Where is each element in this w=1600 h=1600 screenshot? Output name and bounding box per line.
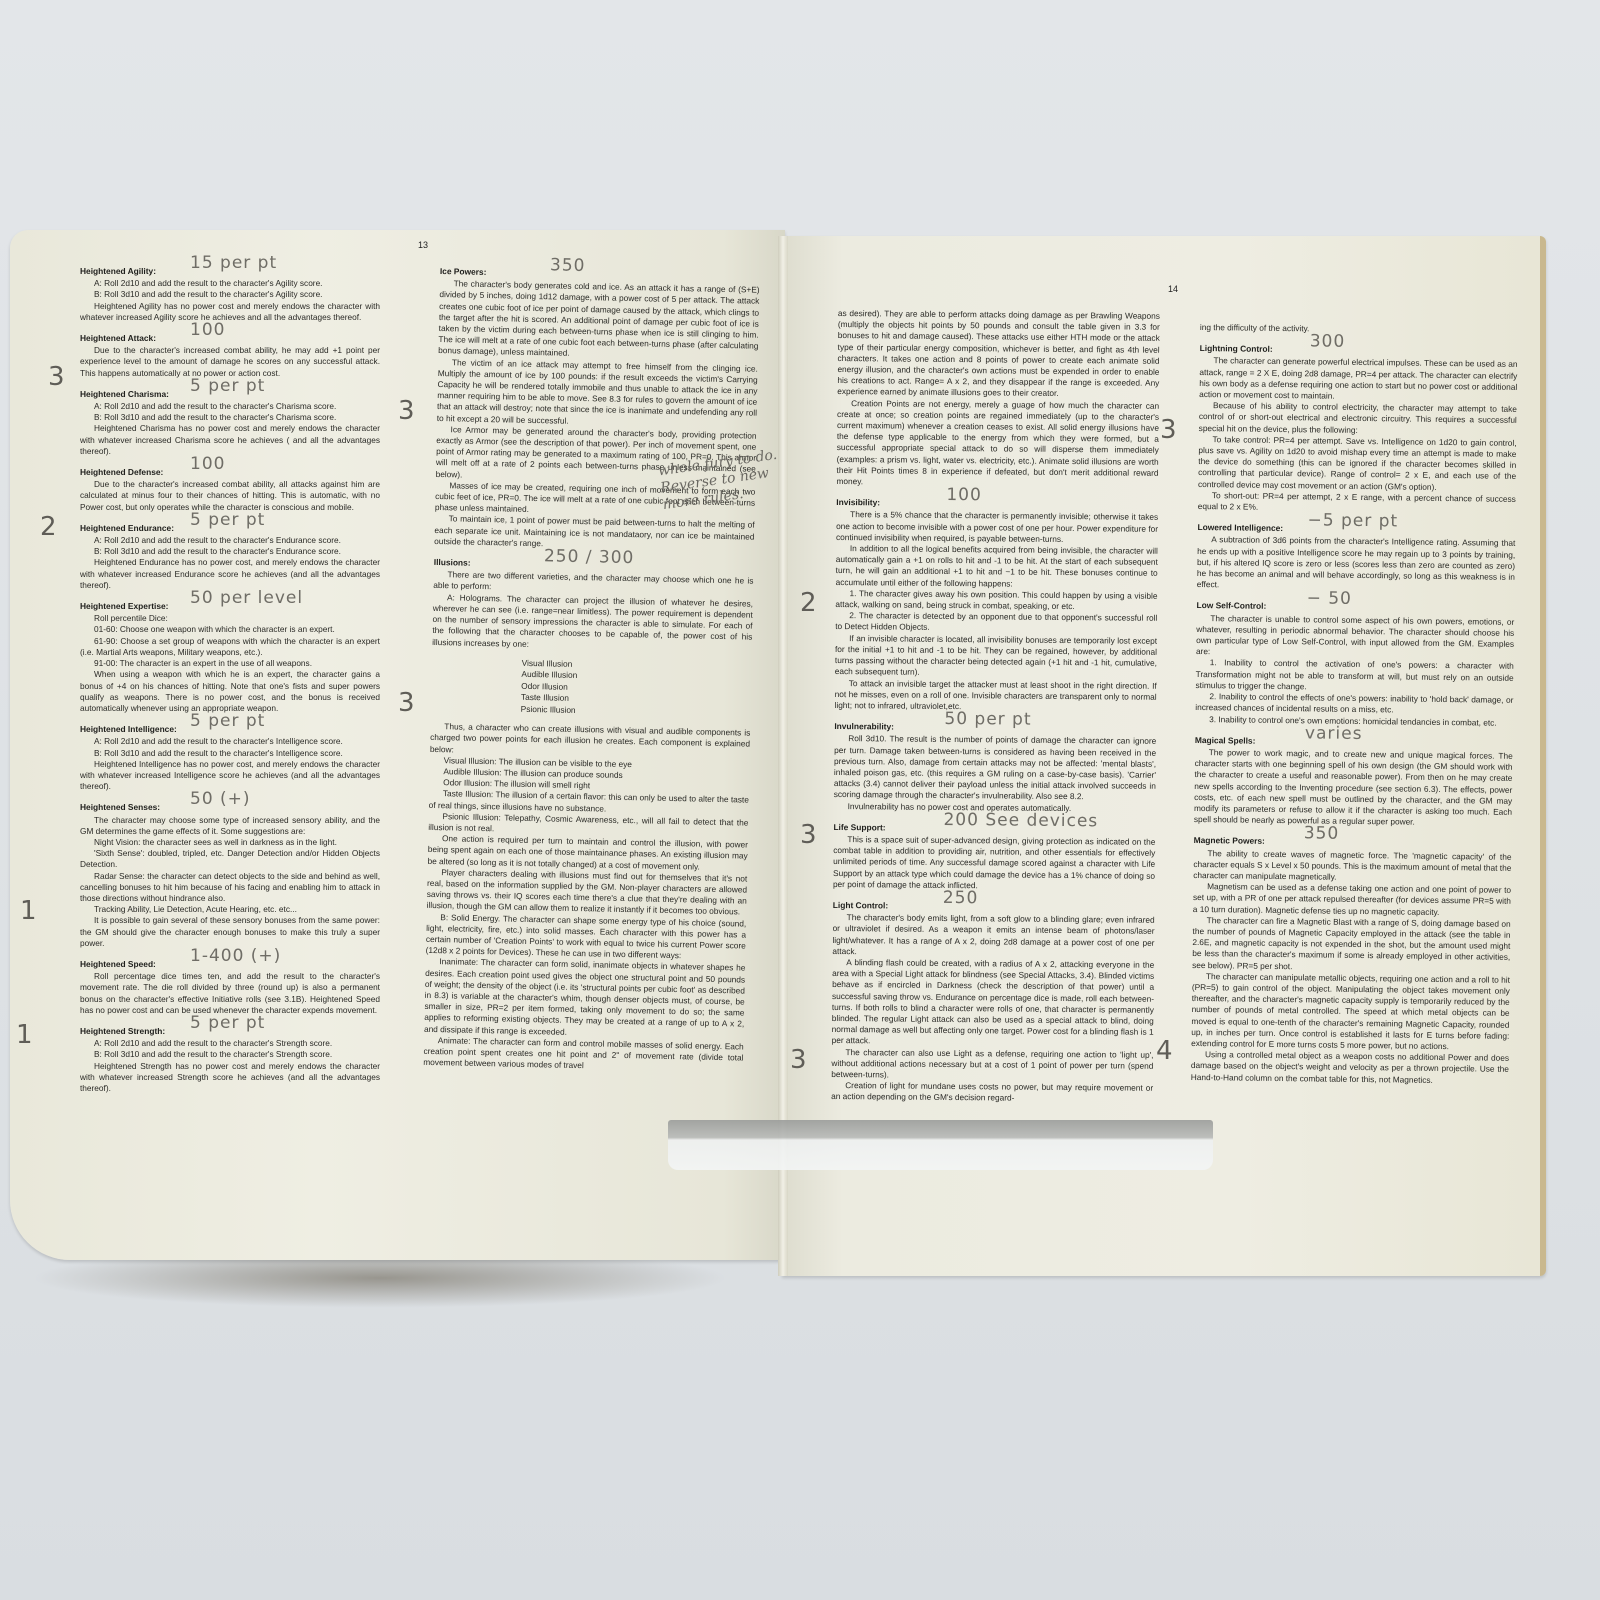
power-paragraph: 1. Inability to control the activation o… [1195,657,1513,694]
power-paragraph: To take control: PR=4 per attempt. Save … [1198,434,1517,494]
power-paragraph: A blinding flash could be created, with … [832,957,1155,1049]
acrylic-page-holder [668,1120,1213,1170]
power-title: Heightened Expertise:50 per level [80,601,380,612]
power-section: Heightened Agility:15 per ptA: Roll 2d10… [80,266,380,323]
power-title: Heightened Charisma:5 per pt [80,389,380,400]
margin-number: 3 [398,396,415,426]
power-paragraph: Heightened Strength has no power cost an… [80,1061,380,1095]
margin-number: 2 [40,512,57,542]
power-section: Invulnerability:50 per ptRoll 3d10. The … [834,721,1157,814]
power-title-text: Life Support: [833,822,885,832]
handwritten-cost-annotation: 50 per pt [944,714,1031,726]
power-title-text: Heightened Strength: [80,1026,165,1036]
column-4: ing the difficulty of the activity.Light… [1191,322,1518,1097]
handwritten-cost-annotation: − 50 [1307,594,1352,606]
power-title: Heightened Speed:1-400 (+) [80,959,380,970]
power-paragraph: Creation of light for mundane uses costs… [831,1080,1153,1105]
power-title-text: Heightened Defense: [80,467,163,477]
power-paragraph: Player characters dealing with illusions… [426,867,747,919]
power-section: Lowered Intelligence:−5 per ptA subtract… [1197,522,1516,594]
power-paragraph: B: Roll 3d10 and add the result to the c… [80,1049,380,1060]
power-title: Heightened Intelligence:5 per pt [80,724,380,735]
handwritten-cost-annotation: 250 / 300 [544,551,635,564]
power-title: Heightened Senses:50 (+) [80,802,380,813]
power-section: Heightened Charisma:5 per ptA: Roll 2d10… [80,389,380,457]
power-paragraph: Due to the character's increased combat … [80,345,380,379]
power-paragraph: 'Sixth Sense': doubled, tripled, etc. Da… [80,848,380,870]
handwritten-cost-annotation: 5 per pt [190,1018,265,1029]
power-paragraph: The character's body generates cold and … [438,278,760,363]
margin-number: 4 [1156,1036,1173,1066]
power-title-text: Heightened Expertise: [80,601,168,611]
power-section: Ice Powers:350The character's body gener… [434,266,760,554]
power-title-text: Lowered Intelligence: [1197,522,1283,533]
power-paragraph: The character is unable to control some … [1196,613,1515,662]
power-title-text: Lightning Control: [1200,343,1273,354]
power-paragraph: B: Solid Energy. The character can shape… [426,912,747,964]
power-title: Heightened Defense:100 [80,467,380,478]
power-section: Heightened Intelligence:5 per ptA: Roll … [80,724,380,792]
handwritten-cost-annotation: 15 per pt [190,258,277,269]
handwritten-cost-annotation: 50 per level [190,593,303,604]
power-paragraph: Inanimate: The character can form solid,… [424,956,746,1041]
power-title-text: Heightened Attack: [80,333,156,343]
column-1: Heightened Agility:15 per ptA: Roll 2d10… [80,266,380,1104]
page-number-left: 13 [418,240,428,250]
power-paragraph: It is possible to gain several of these … [80,915,380,949]
handwritten-cost-annotation: −5 per pt [1308,516,1399,528]
margin-number: 3 [398,688,415,718]
power-section: Magnetic Powers:350The ability to create… [1191,835,1512,1086]
power-paragraph: B: Roll 3d10 and add the result to the c… [80,546,380,557]
power-paragraph: The character can fire a Magnetic Blast … [1192,915,1511,975]
power-paragraph: 2. The character is detected by an oppon… [835,610,1157,635]
power-paragraph: Due to the character's increased combat … [80,479,380,513]
power-title: Heightened Agility:15 per pt [80,266,380,277]
power-section: Heightened Expertise:50 per levelRoll pe… [80,601,380,714]
power-title: Heightened Attack:100 [80,333,380,344]
power-paragraph: A: Roll 2d10 and add the result to the c… [80,401,380,412]
margin-number: 3 [800,820,817,850]
power-title-text: Ice Powers: [440,266,487,277]
power-paragraph: 2. Inability to control the effects of o… [1195,691,1513,717]
power-title-text: Heightened Agility: [80,266,156,276]
power-title-text: Heightened Endurance: [80,523,174,533]
page-number-right: 14 [1168,284,1178,294]
power-title-text: Illusions: [434,557,471,568]
power-paragraph: Radar Sense: the character can detect ob… [80,871,380,905]
power-section: Illusions:250 / 300There are two differe… [423,557,754,1075]
handwritten-cost-annotation: 100 [190,325,225,336]
power-paragraph: A: Roll 2d10 and add the result to the c… [80,535,380,546]
power-paragraph: A: Holograms. The character can project … [432,592,753,655]
margin-number: 3 [790,1045,807,1075]
continued-paragraph: as desired). They are able to perform at… [837,308,1160,400]
power-title: Heightened Endurance:5 per pt [80,523,380,534]
margin-number: 3 [1160,415,1177,445]
power-title-text: Invulnerability: [834,721,894,732]
power-title-text: Light Control: [833,900,888,910]
power-paragraph: There is a 5% chance that the character … [836,509,1158,545]
power-paragraph: Magnetism can be used as a defense takin… [1193,881,1511,918]
handwritten-cost-annotation: 1-400 (+) [190,951,281,962]
power-title-text: Magical Spells: [1195,735,1256,746]
column-3: as desired). They are able to perform at… [831,308,1160,1115]
power-paragraph: Roll percentile Dice: [80,613,380,624]
power-paragraph: Heightened Endurance has no power cost, … [80,557,380,591]
power-section: Light Control:250The character's body em… [831,900,1155,1105]
power-paragraph: 91-00: The character is an expert in the… [80,658,380,669]
column-2: Ice Powers:350The character's body gener… [423,266,760,1085]
power-section: Life Support:200 See devicesThis is a sp… [833,822,1156,893]
power-section: Heightened Defense:100Due to the charact… [80,467,380,513]
power-paragraph: If an invisible character is located, al… [835,633,1157,681]
power-section: Invisibility:100There is a 5% chance tha… [834,497,1158,714]
power-paragraph: The ability to create waves of magnetic … [1193,847,1511,884]
handwritten-cost-annotation: 50 (+) [190,794,251,805]
handwritten-cost-annotation: 200 See devices [943,815,1098,828]
power-title-text: Heightened Charisma: [80,389,169,399]
power-paragraph: The character can generate powerful elec… [1199,355,1518,404]
illusion-type-list: Visual IllusionAudible IllusionOdor Illu… [521,658,752,720]
power-section: Magical Spells:variesThe power to work m… [1194,735,1513,830]
continued-paragraph: Creation Points are not energy, merely a… [836,398,1159,490]
power-paragraph: The character may choose some type of in… [80,815,380,837]
handwritten-cost-annotation: 5 per pt [190,381,265,392]
power-paragraph: A: Roll 2d10 and add the result to the c… [80,278,380,289]
power-title-text: Heightened Speed: [80,959,156,969]
power-paragraph: Heightened Charisma has no power cost an… [80,423,380,457]
margin-number: 3 [48,362,65,392]
power-paragraph: When using a weapon with which he is an … [80,669,380,714]
handwritten-cost-annotation: 350 [1304,829,1340,841]
power-paragraph: 1. The character gives away his own posi… [835,588,1157,613]
power-paragraph: A: Roll 2d10 and add the result to the c… [80,736,380,747]
handwritten-cost-annotation: 5 per pt [190,515,265,526]
power-section: Heightened Senses:50 (+)The character ma… [80,802,380,949]
power-paragraph: Heightened Intelligence has no power cos… [80,759,380,793]
handwritten-cost-annotation: 300 [1310,337,1346,349]
power-paragraph: 01-60: Choose one weapon with which the … [80,624,380,635]
margin-number: 1 [16,1020,33,1050]
power-title-text: Magnetic Powers: [1194,835,1265,846]
handwritten-cost-annotation: 5 per pt [190,716,265,727]
power-paragraph: Tracking Ability, Lie Detection, Acute H… [80,904,380,915]
power-paragraph: In addition to all the logical benefits … [836,543,1158,591]
power-title-text: Invisibility: [836,497,880,507]
power-paragraph: The character can manipulate metallic ob… [1191,971,1510,1053]
power-paragraph: The character can also use Light as a de… [831,1047,1153,1083]
power-paragraph: Night Vision: the character sees as well… [80,837,380,848]
handwritten-cost-annotation: 350 [550,260,586,272]
power-paragraph: Animate: The character can form and cont… [423,1035,744,1075]
power-paragraph: B: Roll 3d10 and add the result to the c… [80,412,380,423]
power-paragraph: Using a controlled metal object as a wea… [1191,1049,1509,1086]
handwritten-cost-annotation: 100 [190,459,225,470]
power-section: Heightened Strength:5 per ptA: Roll 2d10… [80,1026,380,1094]
handwritten-cost-annotation: 250 [943,893,979,905]
power-paragraph: The victim of an ice attack may attempt … [437,357,758,431]
power-paragraph: The character's body emits light, from a… [832,912,1154,960]
margin-number: 2 [800,588,817,618]
power-paragraph: A: Roll 2d10 and add the result to the c… [80,1038,380,1049]
power-title-text: Low Self-Control: [1196,600,1266,611]
power-paragraph: B: Roll 3d10 and add the result to the c… [80,289,380,300]
power-section: Low Self-Control:− 50The character is un… [1195,600,1514,728]
power-paragraph: 61-90: Choose a set group of weapons wit… [80,636,380,658]
power-section: Heightened Attack:100Due to the characte… [80,333,380,379]
power-section: Heightened Endurance:5 per ptA: Roll 2d1… [80,523,380,591]
power-paragraph: To attack an invisible target the attack… [834,677,1156,713]
power-title: Heightened Strength:5 per pt [80,1026,380,1037]
power-paragraph: Heightened Agility has no power cost and… [80,301,380,323]
handwritten-cost-annotation: varies [1305,728,1363,740]
power-paragraph: The power to work magic, and to create n… [1194,747,1513,829]
power-paragraph: Because of his ability to control electr… [1199,400,1517,437]
power-paragraph: B: Roll 3d10 and add the result to the c… [80,748,380,759]
power-section: Heightened Speed:1-400 (+)Roll percentag… [80,959,380,1016]
power-paragraph: Roll 3d10. The result is the number of p… [834,733,1157,803]
power-section: Lightning Control:300The character can g… [1198,343,1518,516]
handwritten-cost-annotation: 100 [946,490,982,502]
power-paragraph: A subtraction of 3d6 points from the cha… [1197,534,1516,594]
power-title-text: Heightened Senses: [80,802,160,812]
power-paragraph: Roll percentage dice times ten, and add … [80,971,380,1016]
power-title-text: Heightened Intelligence: [80,724,177,734]
margin-number: 1 [20,896,37,926]
power-paragraph: This is a space suit of super-advanced d… [833,834,1155,893]
